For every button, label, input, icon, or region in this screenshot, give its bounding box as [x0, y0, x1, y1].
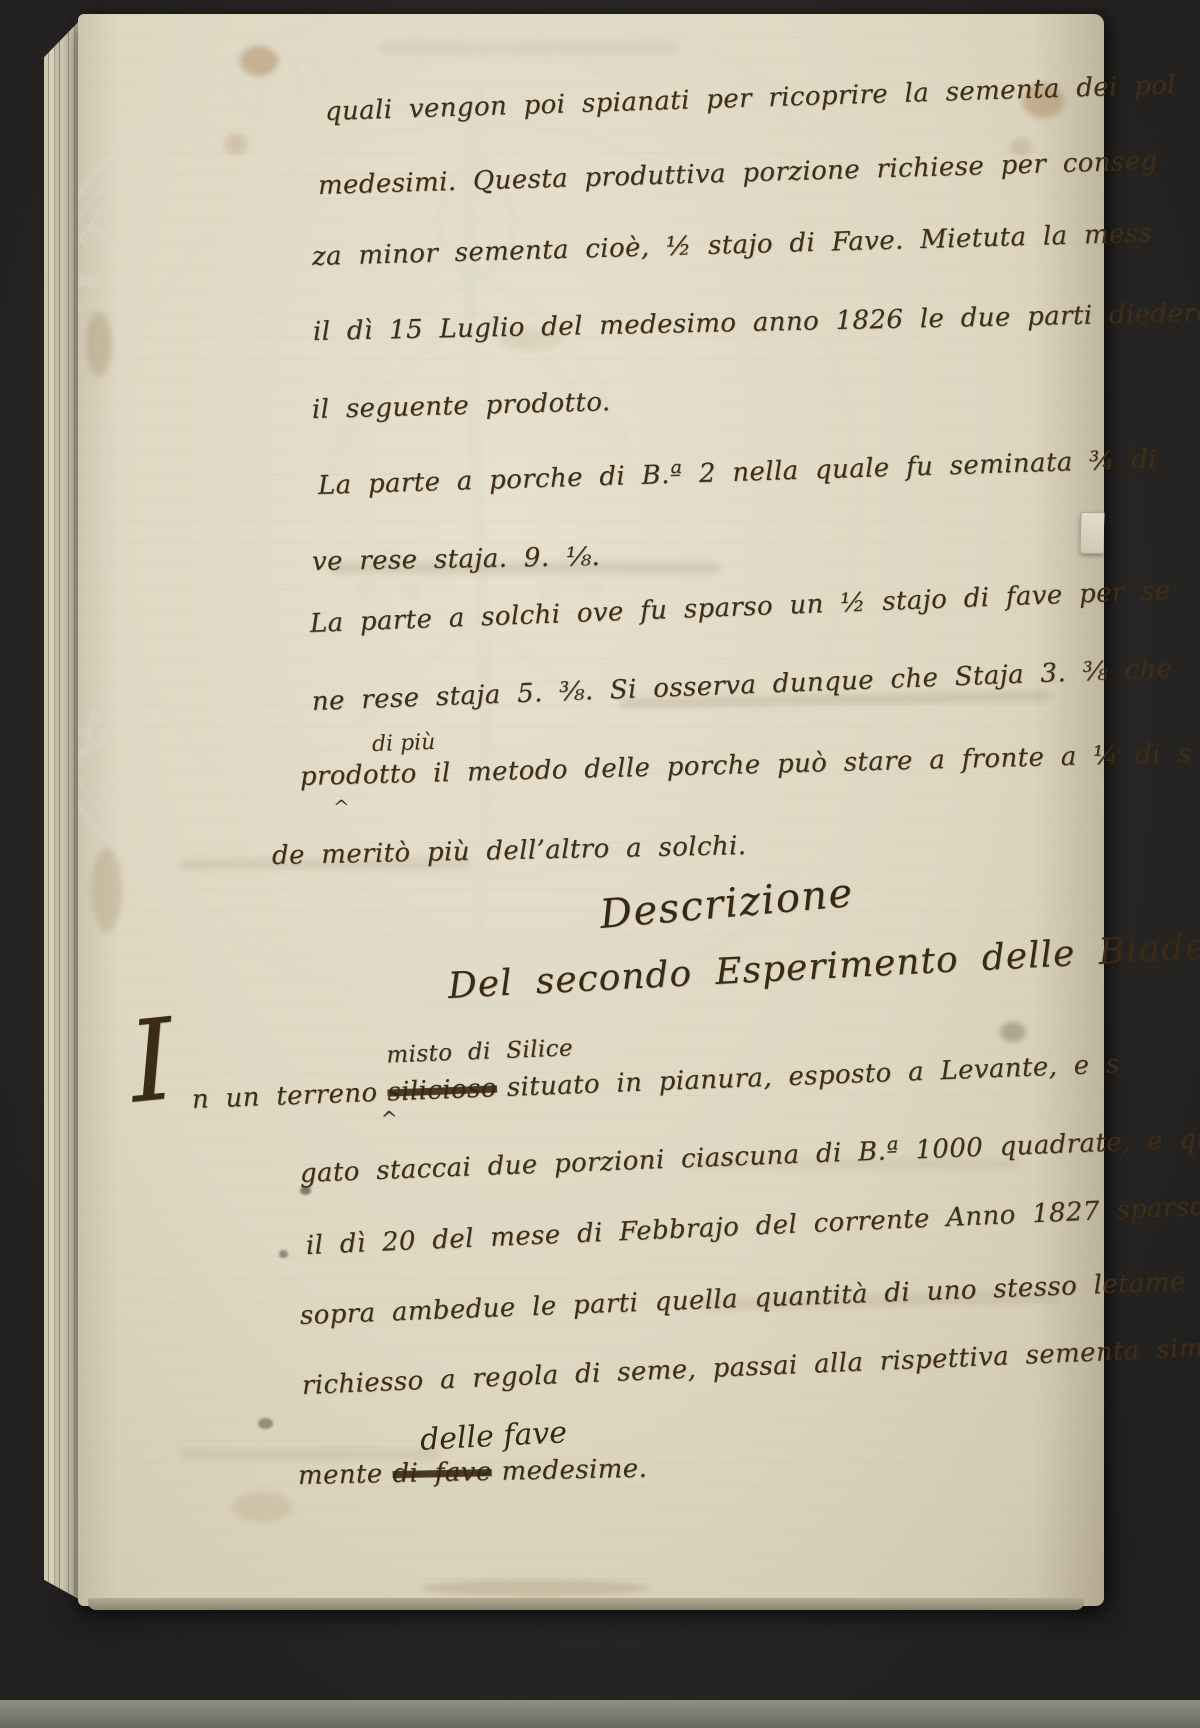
interline-insertion: di più — [372, 732, 436, 756]
line-segment: n un terreno — [191, 1078, 378, 1115]
edge-tab — [1079, 512, 1104, 555]
ink-speck — [258, 1418, 273, 1429]
stain — [86, 312, 112, 376]
stain — [1000, 1022, 1026, 1042]
manuscript-photo: PROSPERITATI PVBLICAE quali vengon poi s… — [0, 0, 1200, 1728]
ink-speck — [279, 1250, 288, 1258]
under-page-edge — [88, 1598, 1084, 1610]
line-segment: medesime. — [501, 1454, 647, 1487]
stain — [224, 134, 248, 154]
stain — [420, 1580, 650, 1596]
struck-word: silicioso — [387, 1073, 497, 1107]
caret-mark: ^ — [380, 1108, 398, 1129]
line-segment: mente — [298, 1459, 383, 1491]
manuscript-line: ve rese staja. 9. ⅛. — [312, 543, 601, 578]
stain — [92, 848, 122, 932]
bleedthrough-smudge — [380, 42, 680, 54]
struck-word: di fave — [392, 1457, 492, 1489]
stain — [232, 1492, 292, 1522]
table-edge — [0, 1700, 1200, 1728]
interline-insertion: delle fave — [419, 1418, 568, 1456]
caret-mark: ^ — [333, 797, 350, 817]
stain — [240, 46, 278, 76]
